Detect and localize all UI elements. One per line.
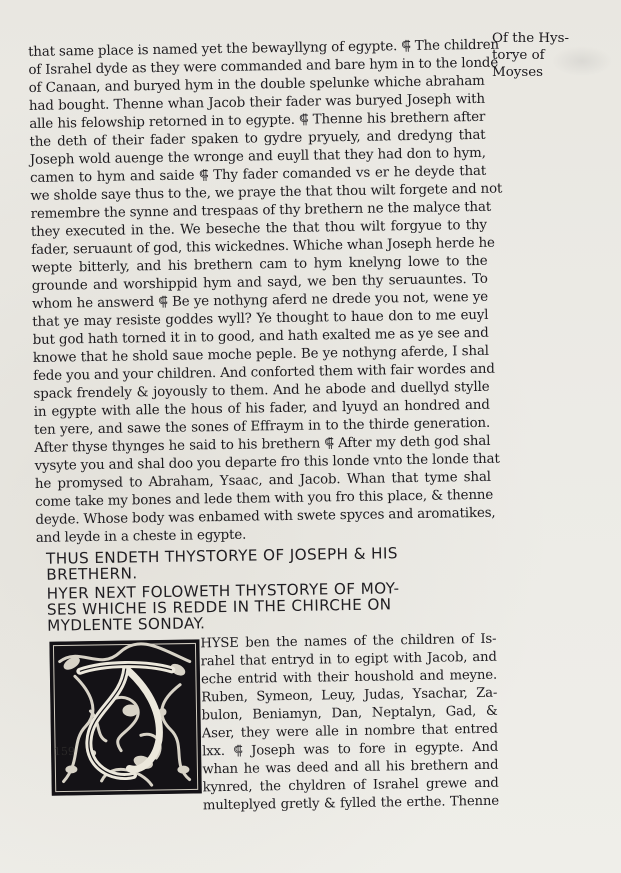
- opening-paragraph: HYSE ben the names of the children of Is…: [200, 631, 499, 816]
- new-chapter-opening: HYSE ben the names of the children of Is…: [37, 631, 496, 818]
- margin-note-line: Moyses: [492, 64, 602, 81]
- page-number: 159: [54, 745, 75, 758]
- body-line: multeplyed gretly & fylled the erthe. Th…: [203, 793, 499, 816]
- body-paragraph: that same place is named yet the bewayll…: [28, 37, 492, 548]
- chapter-start-heading: HYER NEXT FOLOWETH THYSTORYE OF MOY- SES…: [37, 579, 494, 634]
- main-text-column: that same place is named yet the bewayll…: [28, 37, 496, 818]
- book-page: Of the Hys- torye of Moyses that same pl…: [0, 0, 621, 873]
- decorated-initial-t-icon: [49, 639, 201, 795]
- margin-note-line: Of the Hys-: [492, 30, 602, 47]
- margin-note: Of the Hys- torye of Moyses: [492, 30, 602, 81]
- margin-note-line: torye of: [492, 47, 602, 64]
